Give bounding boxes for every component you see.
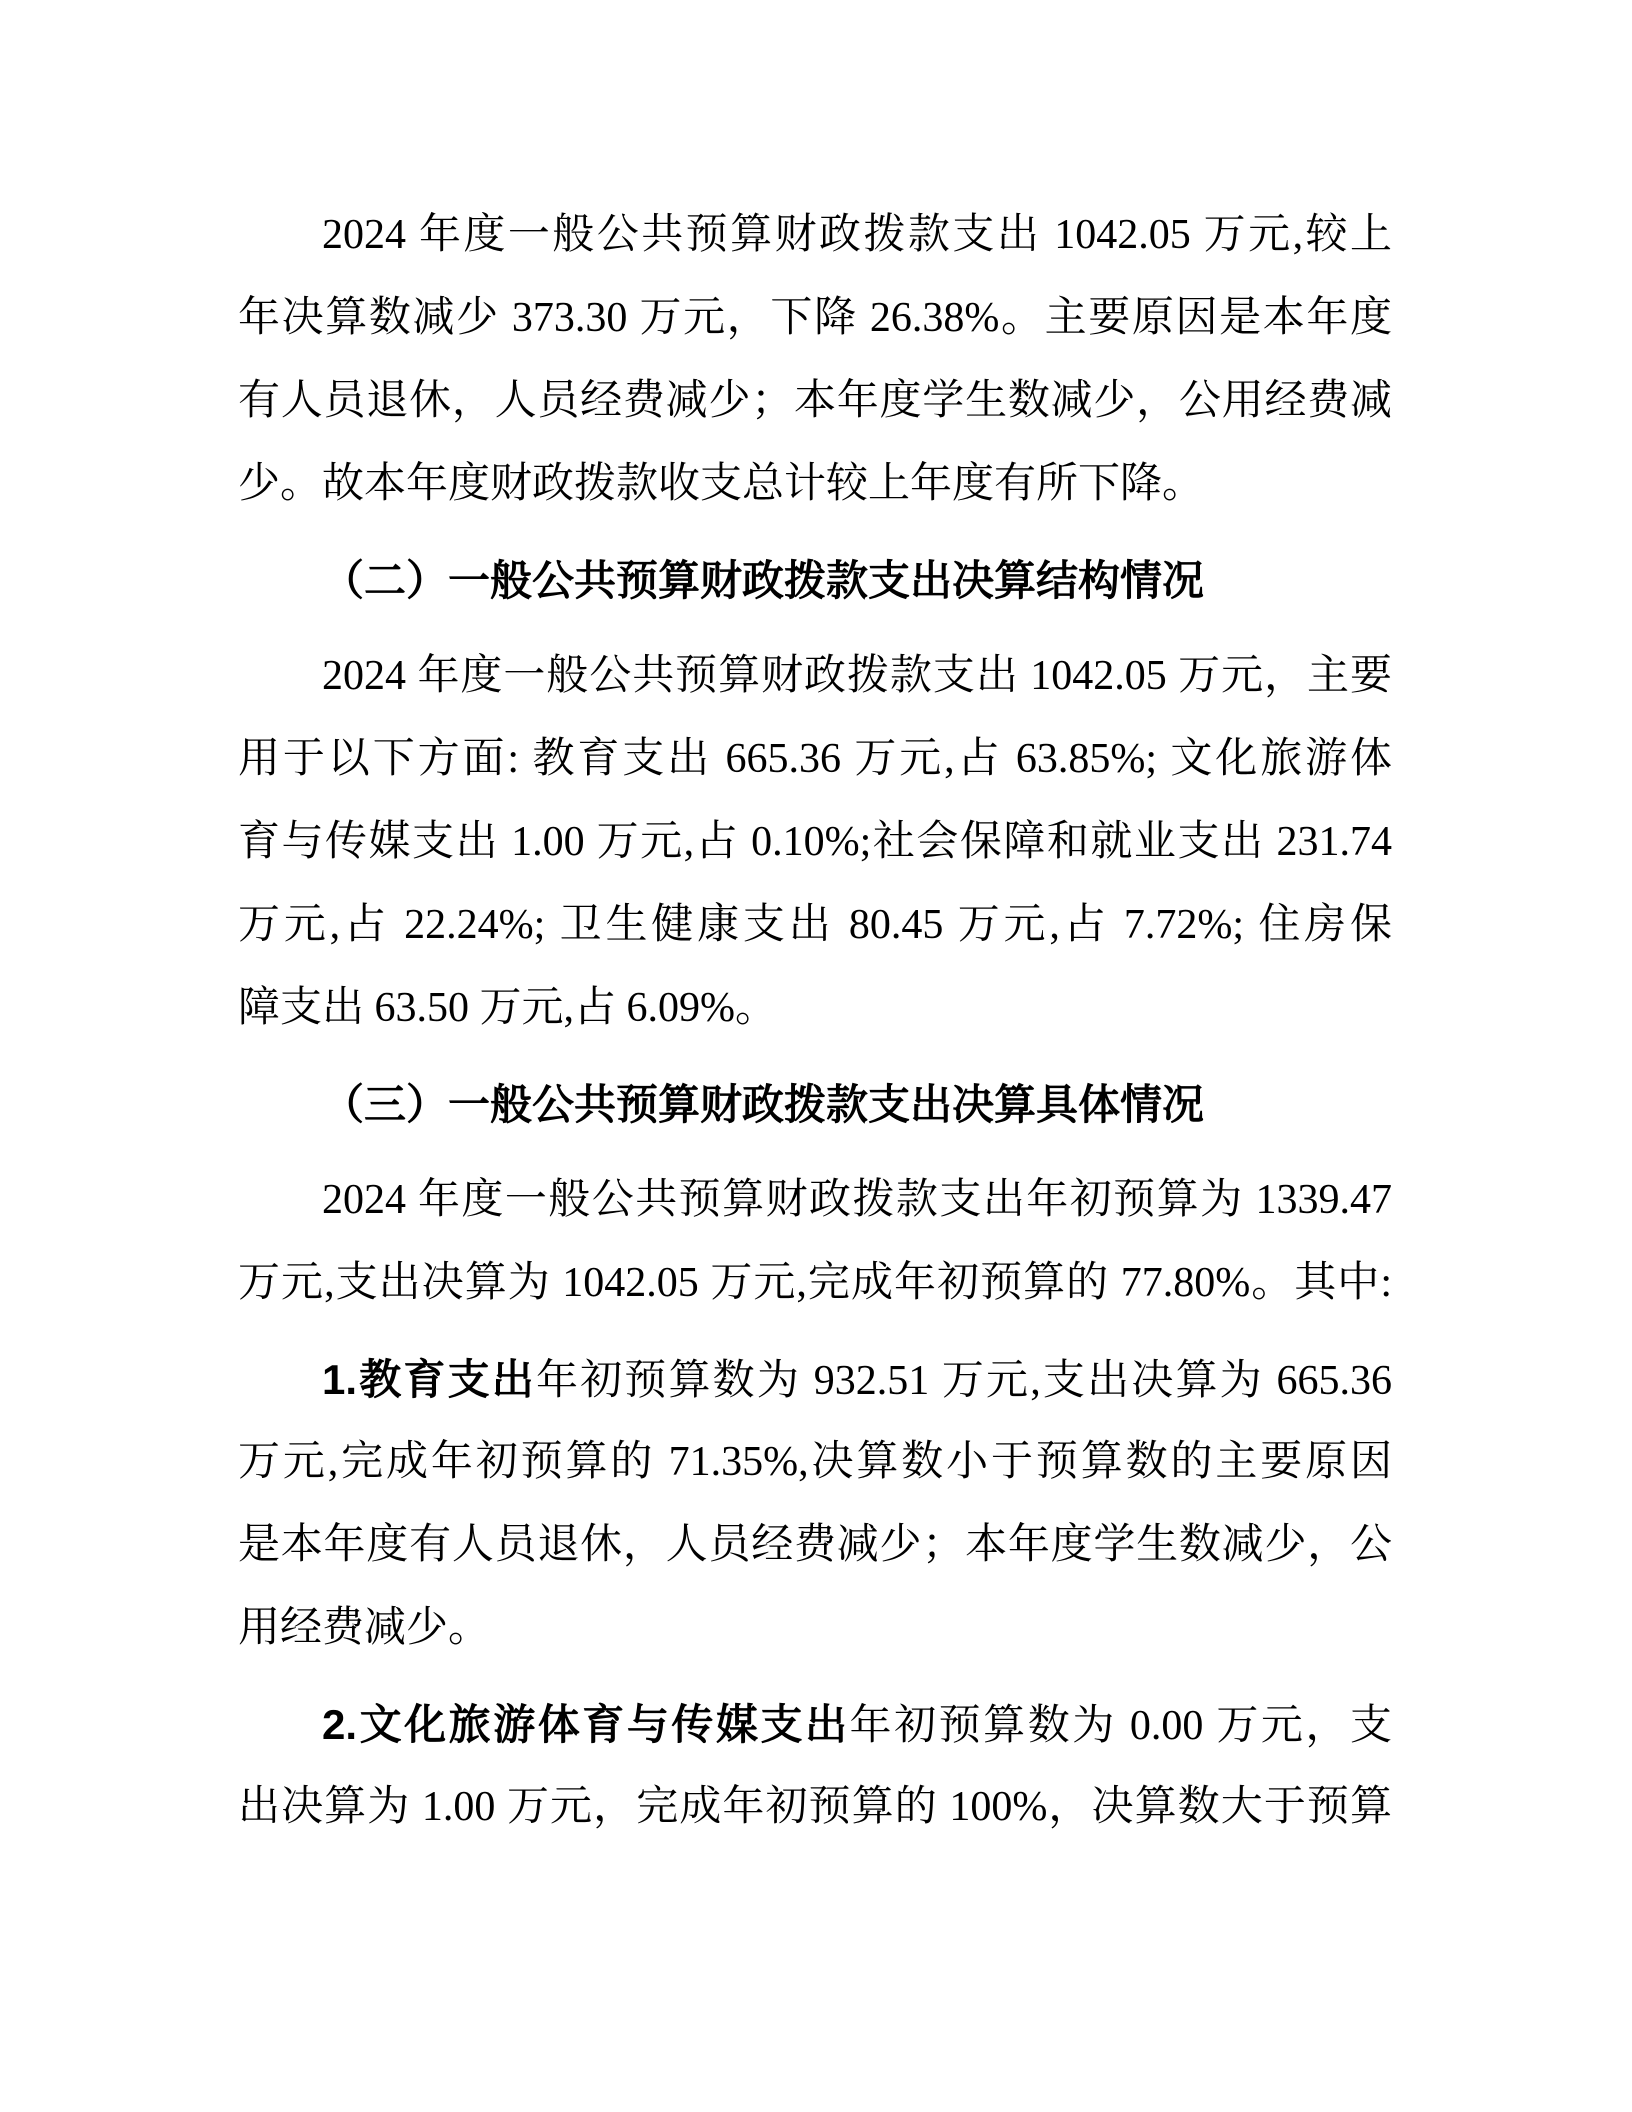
heading-section-3: （三）一般公共预算财政拨款支出决算具体情况 xyxy=(238,1063,1392,1146)
document-body: 2024 年度一般公共预算财政拨款支出 1042.05 万元,较上年决算数减少 … xyxy=(238,194,1392,1862)
text-line: 少。故本年度财政拨款收支总计较上年度有所下降。 xyxy=(238,443,1392,526)
text-line: 用经费减少。 xyxy=(238,1587,1392,1670)
text-line: 2024 年度一般公共预算财政拨款支出 1042.05 万元,较上 xyxy=(238,194,1392,277)
para-item-2-culture-tourism: 2.文化旅游体育与传媒支出年初预算数为 0.00 万元，支出决算为 1.00 万… xyxy=(238,1683,1392,1849)
text-line: 障支出 63.50 万元,占 6.09%。 xyxy=(238,967,1392,1050)
para-expenditure-structure: 2024 年度一般公共预算财政拨款支出 1042.05 万元，主要用于以下方面:… xyxy=(238,635,1392,1050)
bold-text-run: 1.教育支出 xyxy=(322,1356,536,1403)
text-line: 年决算数减少 373.30 万元，下降 26.38%。主要原因是本年度 xyxy=(238,277,1392,360)
text-line: 育与传媒支出 1.00 万元,占 0.10%;社会保障和就业支出 231.74 xyxy=(238,801,1392,884)
text-run: 年初预算数为 0.00 万元，支 xyxy=(850,1703,1392,1749)
text-line: 2024 年度一般公共预算财政拨款支出 1042.05 万元，主要 xyxy=(238,635,1392,718)
text-line: 万元,占 22.24%; 卫生健康支出 80.45 万元,占 7.72%; 住房… xyxy=(238,884,1392,967)
heading-section-2: （二）一般公共预算财政拨款支出决算结构情况 xyxy=(238,539,1392,622)
text-line: 万元,支出决算为 1042.05 万元,完成年初预算的 77.80%。其中: xyxy=(238,1242,1392,1325)
bold-text-run: 2.文化旅游体育与传媒支出 xyxy=(322,1701,850,1748)
text-line: 万元,完成年初预算的 71.35%,决算数小于预算数的主要原因 xyxy=(238,1421,1392,1504)
text-line: （三）一般公共预算财政拨款支出决算具体情况 xyxy=(238,1063,1392,1146)
text-line: 用于以下方面: 教育支出 665.36 万元,占 63.85%; 文化旅游体 xyxy=(238,718,1392,801)
para-item-1-education: 1.教育支出年初预算数为 932.51 万元,支出决算为 665.36万元,完成… xyxy=(238,1338,1392,1670)
text-line: 是本年度有人员退休，人员经费减少；本年度学生数减少，公 xyxy=(238,1504,1392,1587)
text-line: 有人员退休，人员经费减少；本年度学生数减少，公用经费减 xyxy=(238,360,1392,443)
text-line: 2.文化旅游体育与传媒支出年初预算数为 0.00 万元，支 xyxy=(238,1683,1392,1766)
para-expenditure-vs-last-year: 2024 年度一般公共预算财政拨款支出 1042.05 万元,较上年决算数减少 … xyxy=(238,194,1392,526)
text-line: 1.教育支出年初预算数为 932.51 万元,支出决算为 665.36 xyxy=(238,1338,1392,1421)
document-page: 2024 年度一般公共预算财政拨款支出 1042.05 万元,较上年决算数减少 … xyxy=(0,0,1632,2112)
text-run: 年初预算数为 932.51 万元,支出决算为 665.36 xyxy=(536,1358,1392,1404)
para-budget-completion: 2024 年度一般公共预算财政拨款支出年初预算为 1339.47万元,支出决算为… xyxy=(238,1159,1392,1325)
text-line: 2024 年度一般公共预算财政拨款支出年初预算为 1339.47 xyxy=(238,1159,1392,1242)
text-line: 出决算为 1.00 万元，完成年初预算的 100%，决算数大于预算 xyxy=(238,1766,1392,1849)
text-line: （二）一般公共预算财政拨款支出决算结构情况 xyxy=(238,539,1392,622)
